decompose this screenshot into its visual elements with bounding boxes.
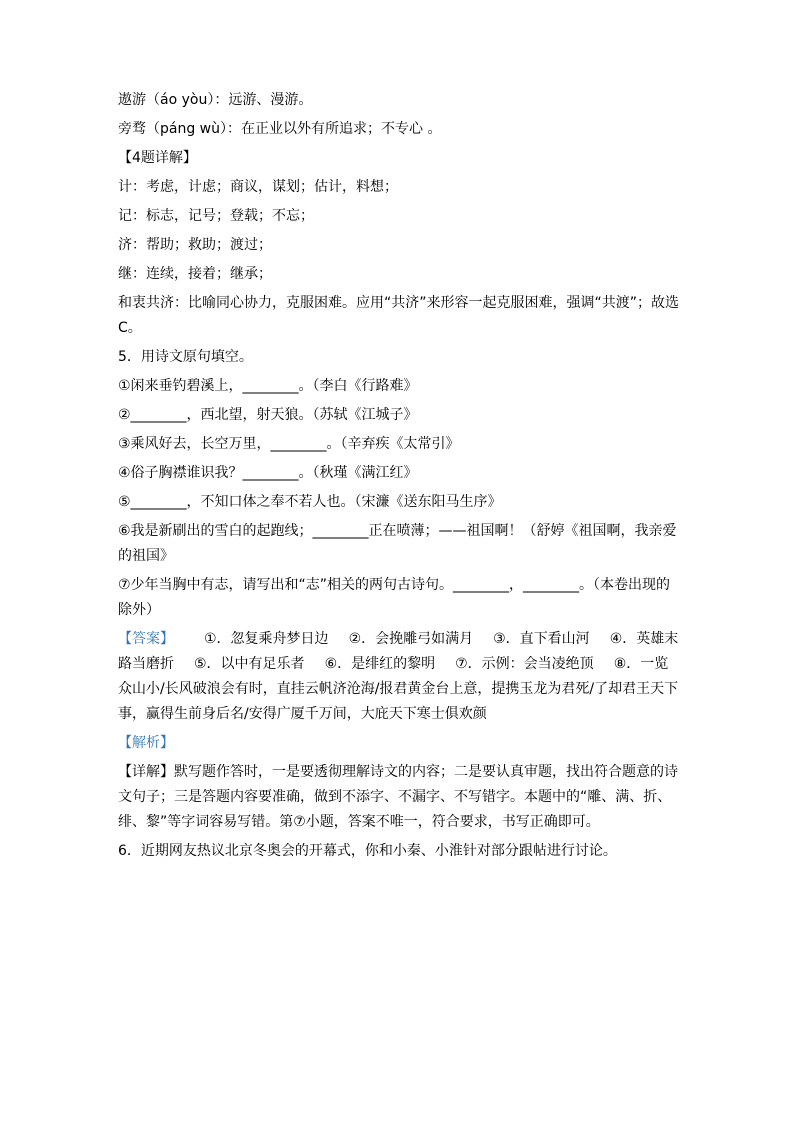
q4-explain-line: 记：标志，记号；登载；不忘； (118, 204, 682, 229)
q4-explain-line: 济：帮助；救助；渡过； (118, 233, 682, 258)
q5-blank-item: ⑥我是新刷出的雪白的起跑线；________正在喷薄；——祖国啊！（舒婷《祖国啊… (118, 519, 682, 569)
glossary-entry-aoyou: 遨游（áo yòu）：远游、漫游。 (118, 88, 682, 113)
answer-item: ⑤．以中有足乐者 (194, 656, 305, 672)
answer-item: ③．直下看山河 (493, 631, 590, 647)
q5-blank-item: ①闲来垂钓碧溪上，________。（李白《行路难》 (118, 374, 682, 399)
q5-blank-item: ④俗子胸襟谁识我？________。（秋瑾《满江红》 (118, 461, 682, 486)
document-page: 遨游（áo yòu）：远游、漫游。 旁骛（páng wù）：在正业以外有所追求；… (118, 88, 682, 868)
analysis-detail-paragraph: 【详解】默写题作答时，一是要透彻理解诗文的内容；二是要认真审题，找出符合题意的诗… (118, 760, 682, 835)
answer-item: ②．会挽雕弓如满月 (349, 631, 474, 647)
analysis-detail-label: 【详解】 (118, 764, 174, 780)
q4-explain-line: 和衷共济：比喻同心协力，克服困难。应用“共济”来形容一起克服困难，强调“共渡”；… (118, 291, 682, 341)
answer-label: 【答案】 (118, 631, 174, 647)
q5-blank-item: ⑦少年当胸中有志，请写出和“志”相关的两句古诗句。________，______… (118, 573, 682, 623)
answer-item: ⑦．示例：会当凌绝顶 (455, 656, 594, 672)
q4-detail-heading: 【4题详解】 (118, 146, 682, 171)
q5-blank-item: ③乘风好去，长空万里，________。（辛弃疾《太常引》 (118, 432, 682, 457)
glossary-entry-pangwu: 旁骛（páng wù）：在正业以外有所追求；不专心 。 (118, 117, 682, 142)
q5-stem: 5．用诗文原句填空。 (118, 345, 682, 370)
analysis-label-text: 【解析】 (118, 735, 174, 751)
answer-item: ①．忽复乘舟梦日边 (204, 631, 329, 647)
answer-paragraph: 【答案】①．忽复乘舟梦日边②．会挽雕弓如满月③．直下看山河④．英雄末路当磨折⑤．… (118, 627, 682, 727)
analysis-detail-text: 默写题作答时，一是要透彻理解诗文的内容；二是要认真审题，找出符合题意的诗文句子；… (118, 764, 678, 830)
q5-blank-item: ⑤________，不知口体之奉不若人也。（宋濂《送东阳马生序》 (118, 490, 682, 515)
q5-blank-item: ②________，西北望，射天狼。（苏轼《江城子》 (118, 403, 682, 428)
q6-stem: 6．近期网友热议北京冬奥会的开幕式，你和小秦、小淮针对部分跟帖进行讨论。 (118, 839, 682, 864)
answer-item: ⑥．是绯红的黎明 (325, 656, 436, 672)
q4-explain-line: 计：考虑，计虑；商议，谋划；估计，料想； (118, 175, 682, 200)
analysis-label: 【解析】 (118, 731, 682, 756)
q4-explain-line: 继：连续，接着；继承； (118, 262, 682, 287)
